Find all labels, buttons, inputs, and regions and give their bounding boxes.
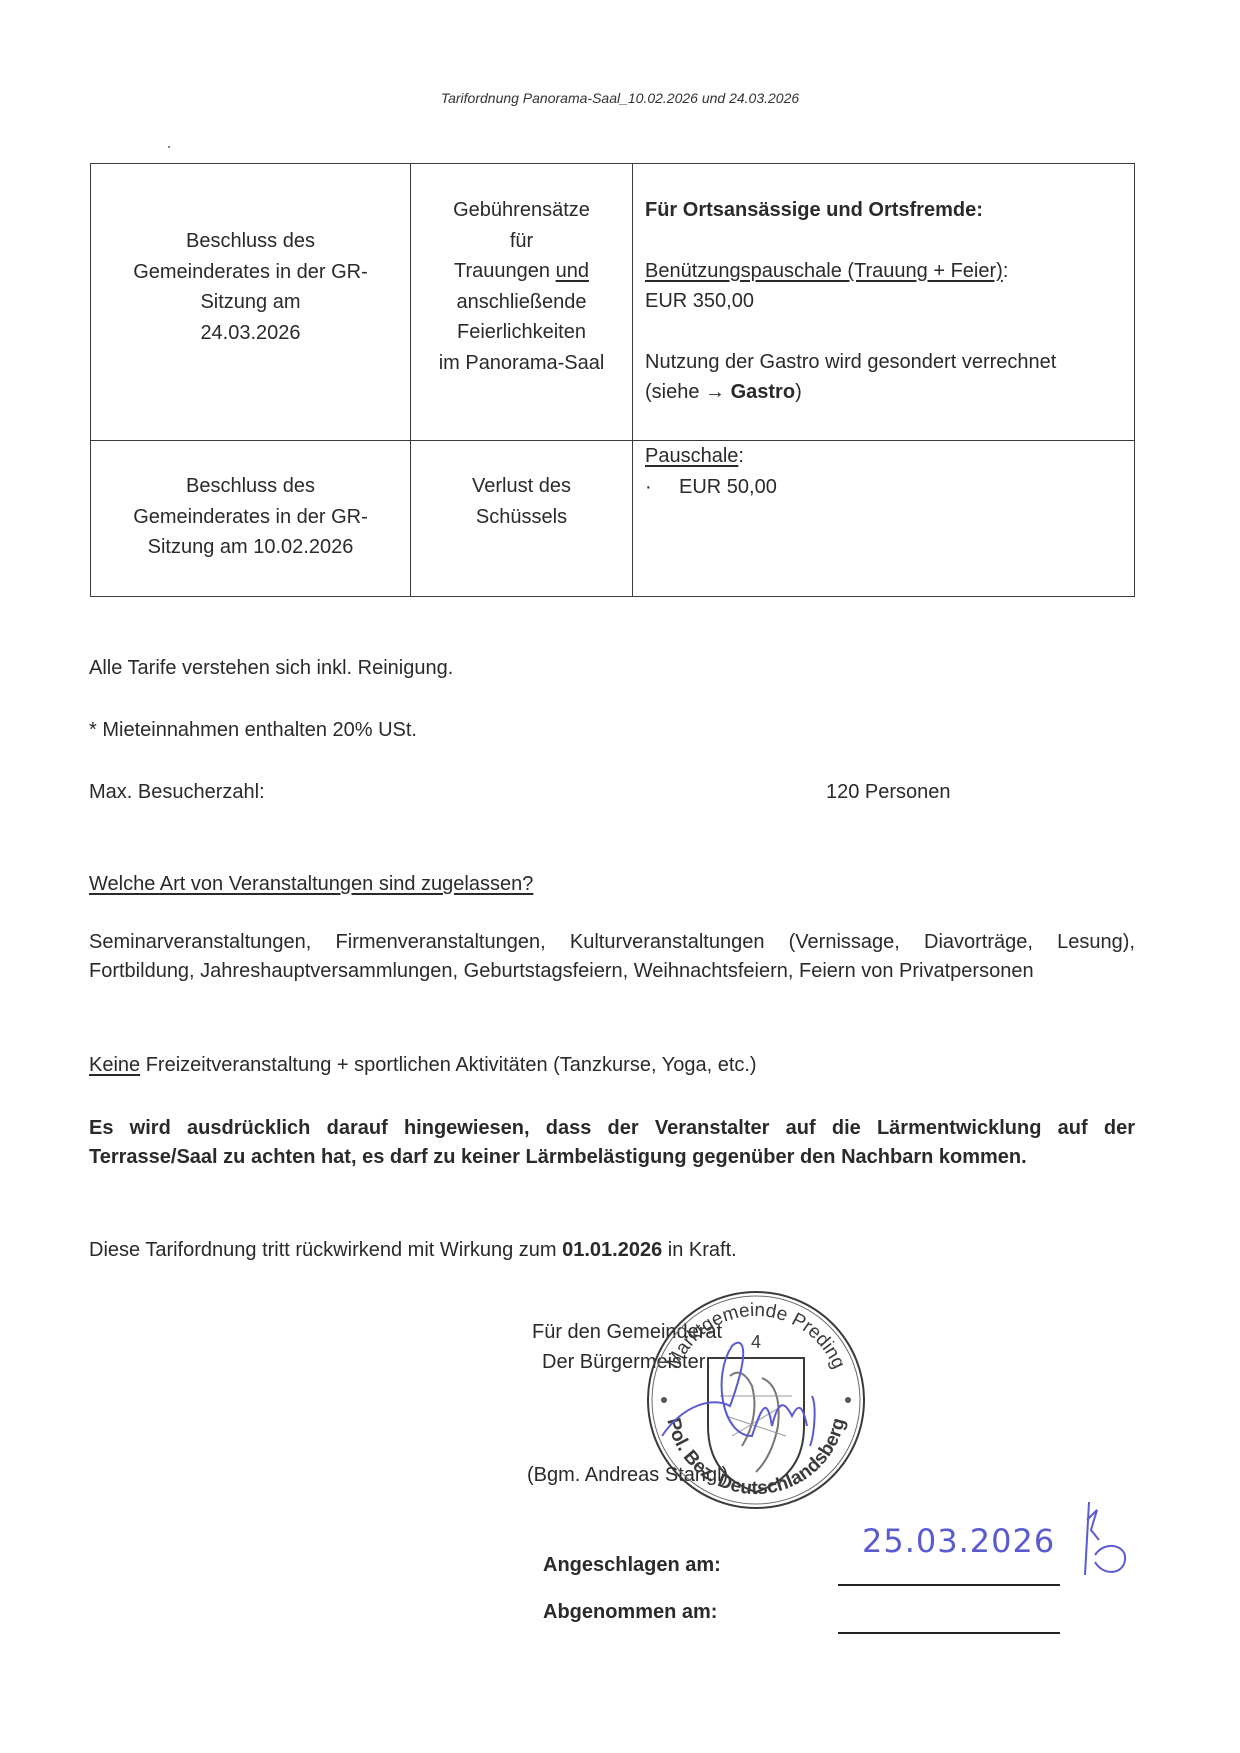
official-stamp-icon: Marktgemeinde Preding Pol. Bez. Deutschl… bbox=[642, 1286, 870, 1514]
excluded-keyword: Keine bbox=[89, 1054, 140, 1076]
capacity-label: Max. Besucherzahl: bbox=[89, 777, 265, 807]
removed-label: Abgenommen am: bbox=[543, 1597, 717, 1627]
document-header-title: Tarifordnung Panorama-Saal_10.02.2026 un… bbox=[0, 90, 1240, 106]
fee-value: EUR 350,00 bbox=[645, 286, 1126, 317]
table-row: Beschluss des Gemeinderates in der GR- S… bbox=[91, 441, 1134, 596]
tariff-table: Beschluss des Gemeinderates in der GR- S… bbox=[90, 163, 1135, 597]
fee-label: Benützungspauschale (Trauung + Feier) bbox=[645, 260, 1003, 282]
events-question: Welche Art von Veranstaltungen sind zuge… bbox=[89, 869, 533, 899]
bullet-icon: · bbox=[645, 472, 679, 503]
allowed-events: Seminarveranstaltungen, Firmenveranstalt… bbox=[89, 928, 1135, 986]
details-cell: Pauschale: ·EUR 50,00 bbox=[633, 441, 1134, 596]
initials-icon bbox=[1075, 1500, 1135, 1580]
posted-label: Angeschlagen am: bbox=[543, 1550, 721, 1580]
flat-rate-label: Pauschale bbox=[645, 445, 738, 467]
subject-cell: Verlust des Schüssels bbox=[411, 441, 633, 596]
table-row: Beschluss des Gemeinderates in der GR- S… bbox=[91, 164, 1134, 441]
audience-heading: Für Ortsansässige und Ortsfremde: bbox=[645, 195, 1126, 226]
resolution-cell: Beschluss des Gemeinderates in der GR- S… bbox=[91, 164, 411, 440]
flat-rate-value: EUR 50,00 bbox=[679, 476, 777, 498]
vat-note: * Mieteinnahmen enthalten 20% USt. bbox=[89, 715, 417, 745]
cleaning-note: Alle Tarife verstehen sich inkl. Reinigu… bbox=[89, 653, 453, 683]
svg-text:4: 4 bbox=[751, 1332, 761, 1352]
effective-date-statement: Diese Tarifordnung tritt rückwirkend mit… bbox=[89, 1235, 737, 1265]
effective-date: 01.01.2026 bbox=[562, 1239, 662, 1261]
details-cell: Für Ortsansässige und Ortsfremde: Benütz… bbox=[633, 164, 1134, 440]
subject-cell: Gebührensätze für Trauungen und anschlie… bbox=[411, 164, 633, 440]
emphasis-und: und bbox=[556, 260, 589, 282]
excluded-events: Keine Freizeitveranstaltung + sportliche… bbox=[89, 1050, 757, 1080]
resolution-cell: Beschluss des Gemeinderates in der GR- S… bbox=[91, 441, 411, 596]
gastro-reference: Gastro bbox=[731, 381, 795, 403]
scan-artifact bbox=[168, 146, 170, 148]
posted-date-handwritten: 25.03.2026 bbox=[862, 1522, 1055, 1560]
posted-date-line bbox=[838, 1584, 1060, 1586]
noise-warning: Es wird ausdrücklich darauf hingewiesen,… bbox=[89, 1114, 1135, 1172]
capacity-value: 120 Personen bbox=[826, 777, 951, 807]
removed-date-line bbox=[838, 1632, 1060, 1634]
